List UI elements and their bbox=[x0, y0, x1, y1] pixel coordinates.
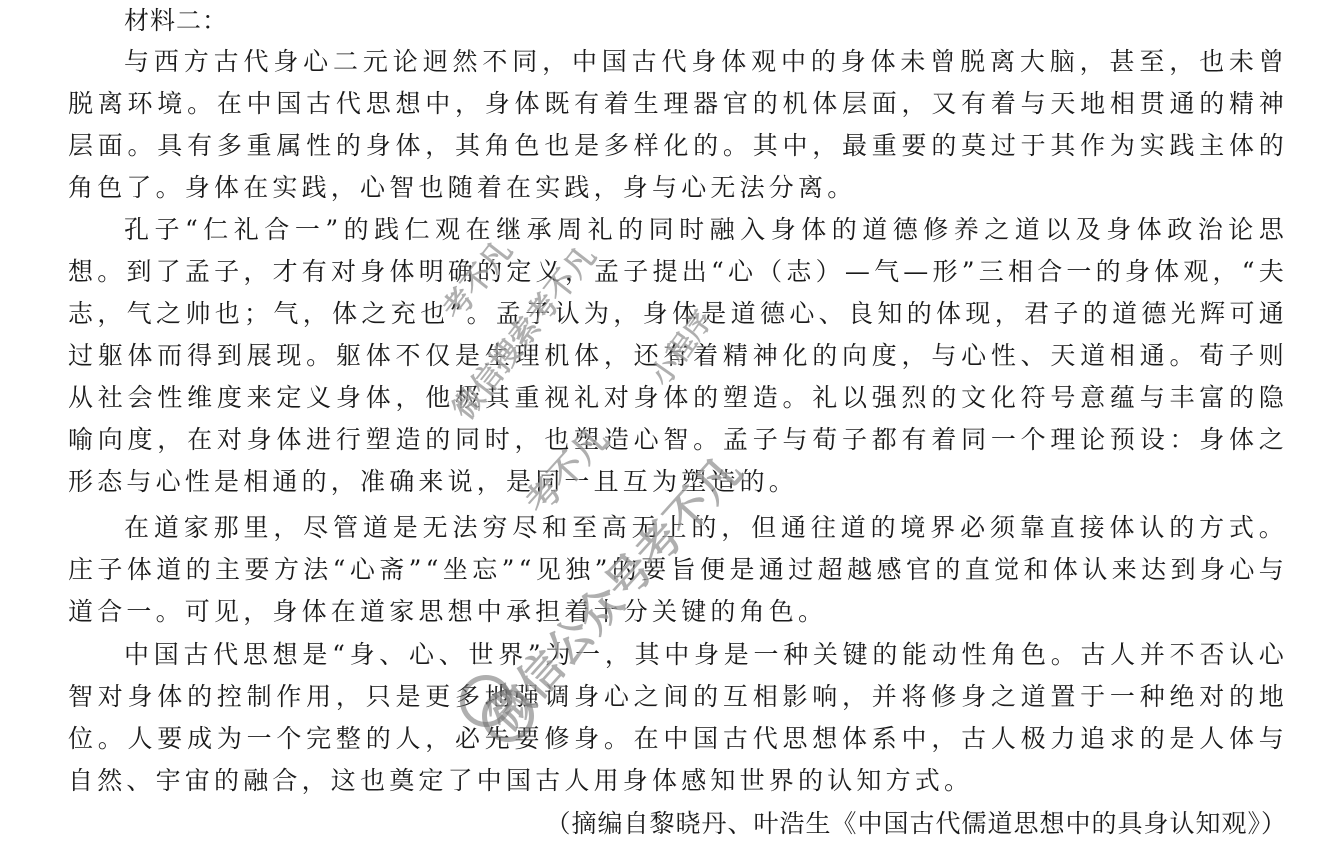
paragraph-1: 与西方古代身心二元论迥然不同，中国古代身体观中的身体未曾脱离大脑，甚至，也未曾脱… bbox=[68, 41, 1288, 209]
paragraph-2: 孔子“仁礼合一”的践仁观在继承周礼的同时融入身体的道德修养之道以及身体政治论思想… bbox=[68, 209, 1288, 503]
paragraph-3: 在道家那里，尽管道是无法穷尽和至高无上的，但通往道的境界必须靠直接体认的方式。庄… bbox=[68, 507, 1288, 633]
material-heading: 材料二： bbox=[124, 6, 228, 36]
source-citation: （摘编自黎晓丹、叶浩生《中国古代儒道思想中的具身认知观》） bbox=[545, 806, 1287, 842]
paragraph-4: 中国古代思想是“身、心、世界”为一，其中身是一种关键的能动性角色。古人并不否认心… bbox=[68, 634, 1288, 802]
